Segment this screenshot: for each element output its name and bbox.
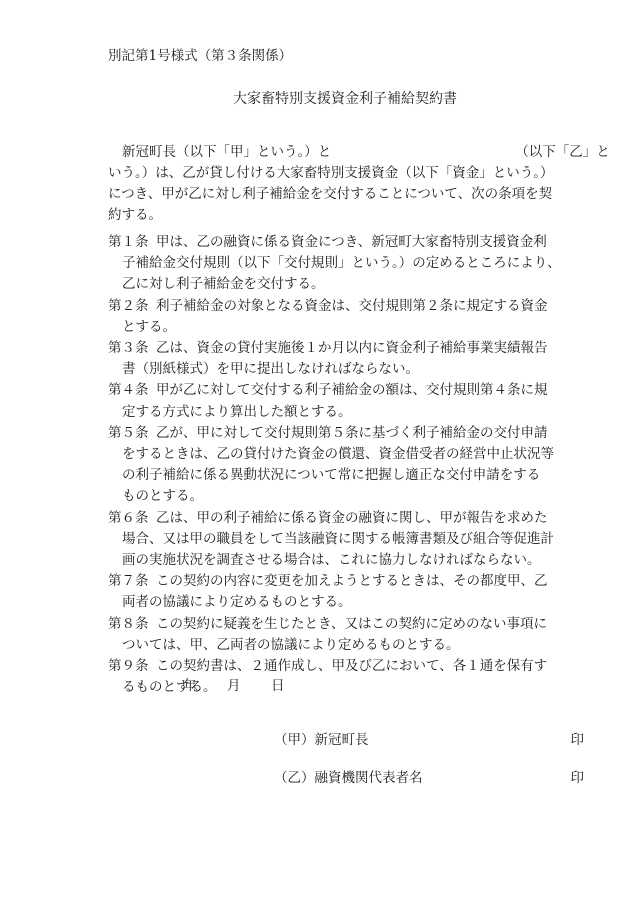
article-text: 定する方式により算出した額とする。: [122, 404, 352, 420]
article-text: ものとする。: [122, 488, 203, 504]
article-line: ものとする。: [108, 486, 588, 507]
article-line: 第２条利子補給金の対象となる資金は、交付規則第２条に規定する資金: [108, 296, 588, 317]
intro-line: 新冠町長（以下「甲」という。）と（以下「乙」と: [108, 142, 586, 163]
date-day-label: 日: [271, 674, 285, 694]
date-line: 年月日: [183, 674, 285, 694]
article-2: 第２条利子補給金の対象となる資金は、交付規則第２条に規定する資金とする。: [108, 296, 588, 338]
article-line: 第９条この契約書は、２通作成し、甲及び乙において、各１通を保有す: [108, 656, 588, 677]
seal-mark: 印: [571, 766, 585, 786]
article-line: をするときは、乙の貸付けた資金の償還、資金借受者の経営中止状況等: [108, 444, 588, 465]
article-6: 第６条乙は、甲の利子補給に係る資金の融資に関し、甲が報告を求めた場合、又は甲の職…: [108, 508, 588, 572]
article-text: ついては、甲、乙両者の協議により定めるものとする。: [122, 637, 460, 653]
article-line: 第５条乙が、甲に対して交付規則第５条に基づく利子補給金の交付申請: [108, 423, 588, 444]
article-text: とする。: [122, 319, 176, 335]
article-text: この契約書は、２通作成し、甲及び乙において、各１通を保有す: [156, 658, 547, 674]
article-text: 乙に対し利子補給金を交付する。: [122, 276, 325, 292]
article-line: 画の実施状況を調査させる場合は、これに協力しなければならない。: [108, 550, 588, 571]
article-text: 甲が乙に対して交付する利子補給金の額は、交付規則第４条に規: [156, 382, 548, 398]
article-number: 第２条: [108, 296, 156, 317]
article-line: とする。: [108, 317, 588, 338]
article-line: 定する方式により算出した額とする。: [108, 402, 588, 423]
article-number: 第４条: [108, 380, 156, 401]
document-page: 別記第1号様式（第３条関係） 大家畜特別支援資金利子補給契約書 新冠町長（以下「…: [0, 0, 630, 903]
article-number: 第９条: [108, 656, 156, 677]
article-text: をするときは、乙の貸付けた資金の償還、資金借受者の経営中止状況等: [122, 446, 554, 462]
document-title: 大家畜特別支援資金利子補給契約書: [0, 88, 630, 108]
article-9: 第９条この契約書は、２通作成し、甲及び乙において、各１通を保有するものとする。: [108, 656, 588, 698]
article-text: 甲は、乙の融資に係る資金につき、新冠町大家畜特別支援資金利: [156, 234, 547, 250]
article-text: 画の実施状況を調査させる場合は、これに協力しなければならない。: [122, 552, 541, 568]
signature-label: （乙）融資機関代表者名: [274, 770, 423, 786]
article-number: 第７条: [108, 571, 156, 592]
intro-line: 約する。: [108, 205, 586, 226]
article-1: 第１条甲は、乙の融資に係る資金につき、新冠町大家畜特別支援資金利子補給金交付規則…: [108, 232, 588, 296]
article-line: 第７条この契約の内容に変更を加えようとするときは、その都度甲、乙: [108, 571, 588, 592]
form-label: 別記第1号様式（第３条関係）: [108, 44, 292, 64]
signature-party-b: （乙）融資機関代表者名 印: [274, 766, 584, 786]
article-line: 第６条乙は、甲の利子補給に係る資金の融資に関し、甲が報告を求めた: [108, 508, 588, 529]
article-line: 子補給金交付規則（以下「交付規則」という。）の定めるところにより、: [108, 253, 588, 274]
article-line: 第８条この契約に疑義を生じたとき、又はこの契約に定めのない事項に: [108, 614, 588, 635]
article-number: 第１条: [108, 232, 156, 253]
article-text: 乙は、資金の貸付実施後１か月以内に資金利子補給事業実績報告: [156, 340, 548, 356]
article-7: 第７条この契約の内容に変更を加えようとするときは、その都度甲、乙両者の協議により…: [108, 571, 588, 613]
intro-party-a: 新冠町長（以下「甲」という。）と: [122, 144, 331, 160]
article-number: 第３条: [108, 338, 156, 359]
article-text: 書（別紙様式）を甲に提出しなければならない。: [122, 361, 419, 377]
article-8: 第８条この契約に疑義を生じたとき、又はこの契約に定めのない事項については、甲、乙…: [108, 614, 588, 656]
article-text: 子補給金交付規則（以下「交付規則」という。）の定めるところにより、: [122, 255, 561, 271]
article-line: の利子補給に係る異動状況について常に把握し適正な交付申請をする: [108, 465, 588, 486]
intro-party-b-label: （以下「乙」と: [515, 144, 610, 160]
article-4: 第４条甲が乙に対して交付する利子補給金の額は、交付規則第４条に規定する方式により…: [108, 380, 588, 422]
article-line: 書（別紙様式）を甲に提出しなければならない。: [108, 359, 588, 380]
article-line: 両者の協議により定めるものとする。: [108, 592, 588, 613]
signature-label: （甲）新冠町長: [274, 732, 369, 748]
article-line: 第１条甲は、乙の融資に係る資金につき、新冠町大家畜特別支援資金利: [108, 232, 588, 253]
seal-mark: 印: [571, 728, 585, 748]
article-text: この契約の内容に変更を加えようとするときは、その都度甲、乙: [156, 573, 548, 589]
article-text: 場合、又は甲の職員をして当該融資に関する帳簿書類及び組合等促進計: [122, 531, 554, 547]
article-line: 第４条甲が乙に対して交付する利子補給金の額は、交付規則第４条に規: [108, 380, 588, 401]
article-number: 第８条: [108, 614, 156, 635]
signature-party-a: （甲）新冠町長 印: [274, 728, 584, 748]
article-text: 乙が、甲に対して交付規則第５条に基づく利子補給金の交付申請: [156, 425, 548, 441]
article-line: ついては、甲、乙両者の協議により定めるものとする。: [108, 635, 588, 656]
article-number: 第６条: [108, 508, 156, 529]
article-line: 場合、又は甲の職員をして当該融資に関する帳簿書類及び組合等促進計: [108, 529, 588, 550]
article-text: の利子補給に係る異動状況について常に把握し適正な交付申請をする: [122, 467, 540, 483]
article-text: 両者の協議により定めるものとする。: [122, 594, 352, 610]
date-month-label: 月: [227, 674, 271, 694]
article-number: 第５条: [108, 423, 156, 444]
articles-list: 第１条甲は、乙の融資に係る資金につき、新冠町大家畜特別支援資金利子補給金交付規則…: [108, 232, 588, 698]
article-3: 第３条乙は、資金の貸付実施後１か月以内に資金利子補給事業実績報告書（別紙様式）を…: [108, 338, 588, 380]
article-text: この契約に疑義を生じたとき、又はこの契約に定めのない事項に: [156, 616, 547, 632]
article-text: 利子補給金の対象となる資金は、交付規則第２条に規定する資金: [156, 298, 548, 314]
intro-line: いう。）は、乙が貸し付ける大家畜特別支援資金（以下「資金」という。）: [108, 163, 586, 184]
article-line: 第３条乙は、資金の貸付実施後１か月以内に資金利子補給事業実績報告: [108, 338, 588, 359]
article-line: るものとする。: [108, 677, 588, 698]
date-year-label: 年: [183, 674, 227, 694]
intro-line: につき、甲が乙に対し利子補給金を交付することについて、次の条項を契: [108, 184, 586, 205]
intro-paragraph: 新冠町長（以下「甲」という。）と（以下「乙」と いう。）は、乙が貸し付ける大家畜…: [108, 142, 586, 226]
article-text: 乙は、甲の利子補給に係る資金の融資に関し、甲が報告を求めた: [156, 510, 548, 526]
article-line: 乙に対し利子補給金を交付する。: [108, 274, 588, 295]
article-5: 第５条乙が、甲に対して交付規則第５条に基づく利子補給金の交付申請をするときは、乙…: [108, 423, 588, 508]
